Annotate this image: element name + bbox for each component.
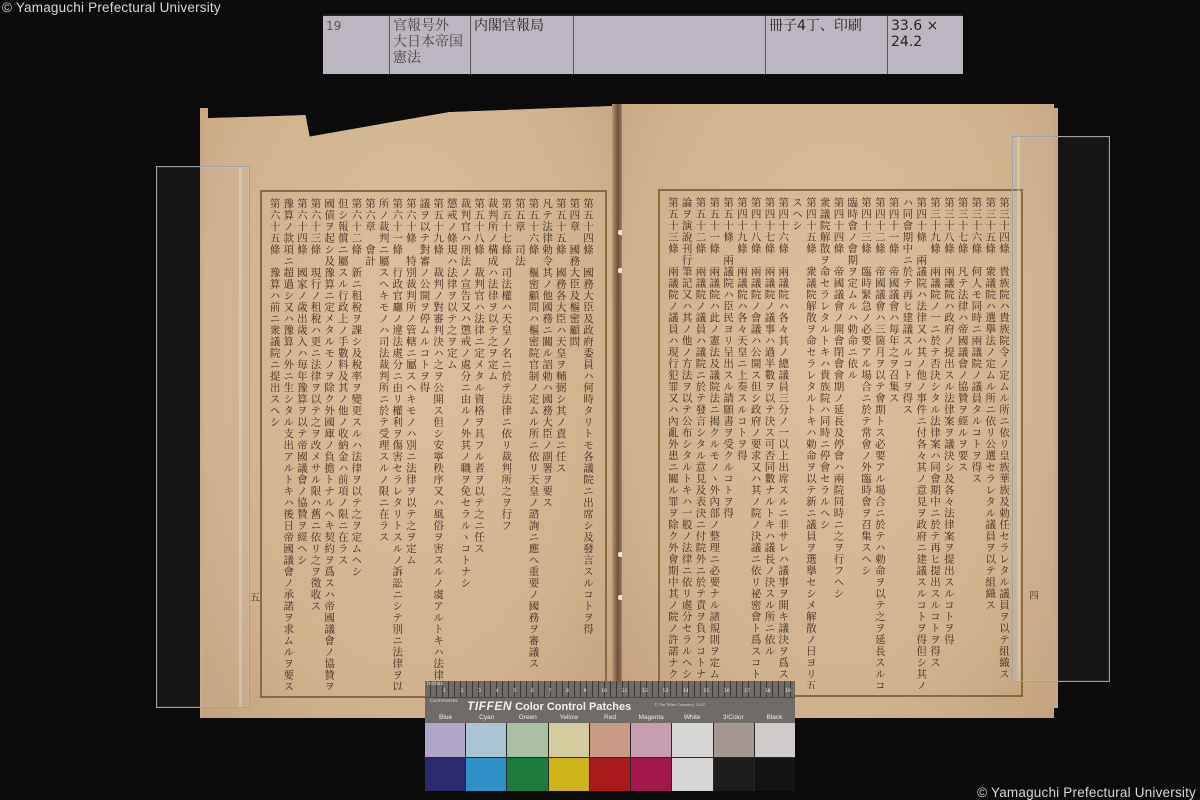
text-column: 第三十四條 貴族院ハ貴族院令ノ定ムル所ニ依リ皇族華族及勅任セラレタル議員ヲ以テ組… bbox=[999, 197, 1013, 689]
text-column: 第三十五條 衆議院ハ選擧法ノ定ムル所ニ依リ公選セラレタル議員ヲ以テ組織ス bbox=[985, 197, 999, 689]
ruler-numbers: 12345678910111213141516171819 bbox=[443, 689, 791, 694]
color-patch-yellow-bottom bbox=[549, 758, 589, 792]
acrylic-page-weight bbox=[156, 166, 250, 708]
color-patch-3-color-top bbox=[714, 723, 754, 757]
catalog-format: 冊子4丁、印刷 bbox=[766, 16, 888, 74]
color-patch-green-top bbox=[507, 723, 547, 757]
text-column: 豫算ノ款項ニ超過シ又ハ豫算ノ外ニ生シタル支出アルトキハ後日帝國議會ノ承諾ヲ求ムル… bbox=[284, 198, 298, 690]
ruler-tick-label: 11 bbox=[622, 689, 628, 694]
text-frame: 第三十四條 貴族院ハ貴族院令ノ定ムル所ニ依リ皇族華族及勅任セラレタル議員ヲ以テ組… bbox=[658, 189, 1023, 697]
catalog-size: 33.6 × 24.2 bbox=[888, 16, 963, 74]
color-patch-white-bottom bbox=[672, 758, 712, 792]
color-patch-magenta-bottom bbox=[631, 758, 671, 792]
text-column: 第四十五條 衆議院解散ヲ命セラレタルトキハ勅命ヲ以テ新ニ議員ヲ選擧セシメ解散ノ日… bbox=[806, 197, 820, 689]
text-column: 第五十三條 兩議院ノ議員ハ現行犯罪又ハ內亂外患ニ關ル罪ヲ除ク外會期中其ノ院ノ許諾… bbox=[668, 197, 682, 689]
right-page: 四 第三十四條 貴族院ハ貴族院令ノ定ムル所ニ依リ皇族華族及勅任セラレタル議員ヲ以… bbox=[622, 104, 1054, 718]
color-patch-yellow-top bbox=[549, 723, 589, 757]
brand-logo: TIFFEN bbox=[467, 699, 512, 713]
ruler-tick-label: 4 bbox=[496, 689, 499, 694]
text-columns: 第五十四條 國務大臣及政府委員ハ何時タリトモ各議院ニ出席シ及發言スルコトヲ得第四… bbox=[270, 198, 597, 690]
ruler-tick-label: 13 bbox=[663, 689, 669, 694]
page-number: 五 bbox=[250, 589, 260, 604]
text-column: 第四十三條 臨時緊急ノ必要アル場合ニ於テ常會ノ外臨時會ヲ召集スヘシ bbox=[861, 197, 875, 689]
ruler-tick-label: 9 bbox=[584, 689, 587, 694]
patch-name: Cyan bbox=[466, 714, 507, 721]
color-patch-blue-bottom bbox=[425, 758, 465, 792]
text-column: 第五十八條 裁判官ハ法律ニ定メタル資格ヲ具フル者ヲ以テ之ニ任ス bbox=[474, 198, 488, 690]
color-patch-magenta-top bbox=[631, 723, 671, 757]
text-column: 第四十條 兩議院ハ法律又ハ其ノ他ノ事件ニ付各々其ノ意見ヲ政府ニ建議スルコトヲ得但… bbox=[916, 197, 930, 689]
patch-name: Magenta bbox=[631, 714, 672, 721]
text-column: 第五十九條 裁判ノ對審判決ハ之ヲ公開ス但シ安寧秩序又ハ風俗ヲ害スルノ虞アルトキハ… bbox=[434, 198, 448, 690]
catalog-title: 官報号外 大日本帝国憲法 bbox=[390, 16, 471, 74]
color-patch-blue-top bbox=[425, 723, 465, 757]
ruler-tick-label: 8 bbox=[566, 689, 569, 694]
text-column: 第四十六條 兩議院ハ各々其ノ總議員三分ノ一以上出席スルニ非サレハ議事ヲ開キ議決ヲ… bbox=[778, 197, 792, 689]
patch-name: 3/Color bbox=[713, 714, 754, 721]
text-column: 第四十八條 兩議院ノ會議ハ公開ス但シ政府ノ要求又ハ其ノ院ノ決議ニ依リ祕密會ト爲ス… bbox=[751, 197, 765, 689]
catalog-publisher: 内閣官報局 bbox=[471, 16, 574, 74]
card-copyright: © The Tiffen Company, 2007 bbox=[654, 703, 705, 707]
text-column: 第三十八條 兩議院ハ政府ノ提出スル法律案ヲ議決シ及各々法律案ヲ提出スルコトヲ得 bbox=[944, 197, 958, 689]
text-column: 第四章 國務大臣及樞密顧問 bbox=[570, 198, 584, 690]
text-column: 第四十九條 兩議院ハ各々天皇ニ上奏スルコトヲ得 bbox=[737, 197, 751, 689]
text-column: 凡テ法律勅令其ノ他國務ニ關ル詔勅ハ國務大臣ノ副署ヲ要ス bbox=[543, 198, 557, 690]
card-title: TIFFEN Color Control Patches bbox=[467, 699, 631, 713]
text-column: 裁判官ハ刑法ノ宣告又ハ懲戒ノ處分ニ由ルノ外其ノ職ヲ免セラルヽコトナシ bbox=[461, 198, 475, 690]
text-frame: 第五十四條 國務大臣及政府委員ハ何時タリトモ各議院ニ出席シ及發言スルコトヲ得第四… bbox=[260, 190, 607, 698]
text-column: ハ同會期中ニ於テ再ヒ建議スルコトヲ得ス bbox=[903, 197, 917, 689]
text-column: 第五十六條 樞密顧問ハ樞密院官制ノ定ムル所ニ依リ天皇ノ諮詢ニ應ヘ重要ノ國務ヲ審議… bbox=[529, 198, 543, 690]
ruler-tick-label: 12 bbox=[642, 689, 648, 694]
ruler: Inches 12345678910111213141516171819 bbox=[425, 681, 795, 698]
text-column: 論ヲ演說刊行筆記又ハ其ノ他ノ方法ヲ以テ公布シタルトキハ一般ノ法律ニ依リ處分セラル… bbox=[682, 197, 696, 689]
color-patch-red-bottom bbox=[590, 758, 630, 792]
color-calibration-card: Inches 12345678910111213141516171819 Cen… bbox=[425, 681, 795, 791]
ruler-tick-label: 1 bbox=[443, 689, 446, 694]
text-column: 第五十二條 兩議院ノ議員ハ議院ニ於テ發言シタル意見及表決ニ付院外ニ於テ責ヲ負フコ… bbox=[696, 197, 710, 689]
copyright-watermark: © Yamaguchi Prefectural University bbox=[2, 0, 221, 15]
text-column: 第五十四條 國務大臣及政府委員ハ何時タリトモ各議院ニ出席シ及發言スルコトヲ得 bbox=[583, 198, 597, 690]
color-patch-black-top bbox=[755, 723, 795, 757]
ruler-tick-label: 19 bbox=[785, 689, 791, 694]
catalog-label: 19 官報号外 大日本帝国憲法 内閣官報局 冊子4丁、印刷 33.6 × 24.… bbox=[323, 14, 963, 74]
patch-name: Red bbox=[589, 714, 630, 721]
ruler-tick-label: 6 bbox=[531, 689, 534, 694]
color-patch-white-top bbox=[672, 723, 712, 757]
card-title-text: Color Control Patches bbox=[515, 701, 631, 713]
text-column: 第五十一條 兩議院ハ此ノ憲法及議院法ニ揭クルモノヽ外內部ノ整理ニ必要ナル諸規則ヲ… bbox=[709, 197, 723, 689]
text-column: 但シ報償ニ屬スル行政上ノ手數料及其ノ他ノ收納金ハ前項ノ限ニ在ラス bbox=[338, 198, 352, 690]
text-column: 第四十二條 帝國議會ハ三箇月ヲ以テ會期トス必要アル場合ニ於テハ勅命ヲ以テ之ヲ延長… bbox=[875, 197, 889, 689]
text-column: 第六十五條 豫算ハ前ニ衆議院ニ提出スヘシ bbox=[270, 198, 284, 690]
text-column: 第六章 會計 bbox=[365, 198, 379, 690]
color-patch-red-top bbox=[590, 723, 630, 757]
text-column: 第六十條 特別裁判所ノ管轄ニ屬スヘキモノハ別ニ法律ヲ以テ之ヲ定ム bbox=[406, 198, 420, 690]
text-column: 第五十七條 司法權ハ天皇ノ名ニ於テ法律ニ依リ裁判所之ヲ行フ bbox=[502, 198, 516, 690]
text-column: 第五十條 兩議院ハ臣民ヨリ呈出スル請願書ヲ受クルコトヲ得 bbox=[723, 197, 737, 689]
patch-name: White bbox=[672, 714, 713, 721]
catalog-number: 19 bbox=[323, 16, 390, 74]
catalog-blank bbox=[574, 16, 766, 74]
color-patch-3-color-bottom bbox=[714, 758, 754, 792]
text-column: 第四十七條 兩議院ノ議事ハ過半數ヲ以テ決ス可否同數ナルトキハ議長ノ決スル所ニ依ル bbox=[765, 197, 779, 689]
text-column: 第三十六條 何人モ同時ニ兩議院ノ議員タルコトヲ得ス bbox=[972, 197, 986, 689]
acrylic-page-weight bbox=[1012, 136, 1110, 682]
text-column: 國債ヲ起シ及豫算ニ定メタルモノヲ除ク外國庫ノ負擔トナルヘキ契約ヲ爲スハ帝國議會ノ… bbox=[325, 198, 339, 690]
patch-name: Green bbox=[507, 714, 548, 721]
ruler-tick-label: 18 bbox=[765, 689, 771, 694]
text-column: 第六十四條 國家ノ歲出歲入ハ毎年豫算ヲ以テ帝國議會ノ協贊ヲ經ヘシ bbox=[297, 198, 311, 690]
ruler-tick-label: 5 bbox=[513, 689, 516, 694]
text-column: 所ノ裁判ニ屬スヘキモノハ司法裁判所ニ於テ受理スルノ限ニ在ラス bbox=[379, 198, 393, 690]
color-patch-cyan-top bbox=[466, 723, 506, 757]
color-patch-black-bottom bbox=[755, 758, 795, 792]
text-column: 臨時會ノ會期ヲ定ムルハ勅命ニ依ル bbox=[847, 197, 861, 689]
text-column: 議ヲ以テ對審ノ公開ヲ停ムルコトヲ得 bbox=[420, 198, 434, 690]
patch-names: BlueCyanGreenYellowRedMagentaWhite3/Colo… bbox=[425, 714, 795, 721]
text-column: 第六十二條 新ニ租稅ヲ課シ及稅率ヲ變更スルハ法律ヲ以テ之ヲ定ムヘシ bbox=[352, 198, 366, 690]
ruler-tick-label: 17 bbox=[744, 689, 750, 694]
color-patches bbox=[425, 723, 795, 791]
ruler-tick-label: 7 bbox=[548, 689, 551, 694]
text-column: 第三十七條 凡テ法律ハ帝國議會ノ協贊ヲ經ルヲ要ス bbox=[958, 197, 972, 689]
ruler-tick-label: 14 bbox=[683, 689, 689, 694]
copyright-watermark: © Yamaguchi Prefectural University bbox=[977, 785, 1196, 800]
text-column: 第三十九條 兩議院ノ一ニ於テ否決シタル法律案ハ同會期中ニ於テ再ヒ提出スルコトヲ得… bbox=[930, 197, 944, 689]
ruler-tick-label: 2 bbox=[461, 689, 464, 694]
text-column: 第六十三條 現行ノ租稅ハ更ニ法律ヲ以テ之ヲ改メサル限ハ舊ニ依リ之ヲ徵收ス bbox=[311, 198, 325, 690]
text-column: 第五章 司法 bbox=[515, 198, 529, 690]
patch-name: Yellow bbox=[548, 714, 589, 721]
inches-label: Inches bbox=[427, 681, 443, 687]
ruler-tick-label: 16 bbox=[724, 689, 730, 694]
ruler-tick-label: 3 bbox=[478, 689, 481, 694]
patch-name: Black bbox=[754, 714, 795, 721]
text-columns: 第三十四條 貴族院ハ貴族院令ノ定ムル所ニ依リ皇族華族及勅任セラレタル議員ヲ以テ組… bbox=[668, 197, 1013, 689]
text-column: 衆議院解散ヲ命セラレタルトキハ貴族院ハ同時ニ停會セラルヘシ bbox=[820, 197, 834, 689]
text-column: 第四十一條 帝國議會ハ毎年之ヲ召集ス bbox=[889, 197, 903, 689]
centimetres-label: Centimetres bbox=[430, 699, 458, 704]
text-column: 裁判所ノ構成ハ法律ヲ以テ之ヲ定ム bbox=[488, 198, 502, 690]
color-patch-green-bottom bbox=[507, 758, 547, 792]
text-column: 第六十一條 行政官廳ノ違法處分ニ由リ權利ヲ傷害セラレタリトスルノ訴訟ニシテ別ニ法… bbox=[393, 198, 407, 690]
text-column: 第四十四條 帝國議會ノ開會閉會會期ノ延長及停會ハ兩院同時ニ之ヲ行フヘシ bbox=[834, 197, 848, 689]
left-page: 五 第五十四條 國務大臣及政府委員ハ何時タリトモ各議院ニ出席シ及發言スルコトヲ得… bbox=[203, 106, 613, 718]
ruler-tick-label: 15 bbox=[703, 689, 709, 694]
text-column: 懲戒ノ條規ハ法律ヲ以テ之ヲ定ム bbox=[447, 198, 461, 690]
text-column: 第五十五條 國務各大臣ハ天皇ヲ輔弼シ其ノ責ニ任ス bbox=[556, 198, 570, 690]
text-column: スヘシ bbox=[792, 197, 806, 689]
ruler-tick-label: 10 bbox=[601, 689, 607, 694]
color-patch-cyan-bottom bbox=[466, 758, 506, 792]
patch-name: Blue bbox=[425, 714, 466, 721]
